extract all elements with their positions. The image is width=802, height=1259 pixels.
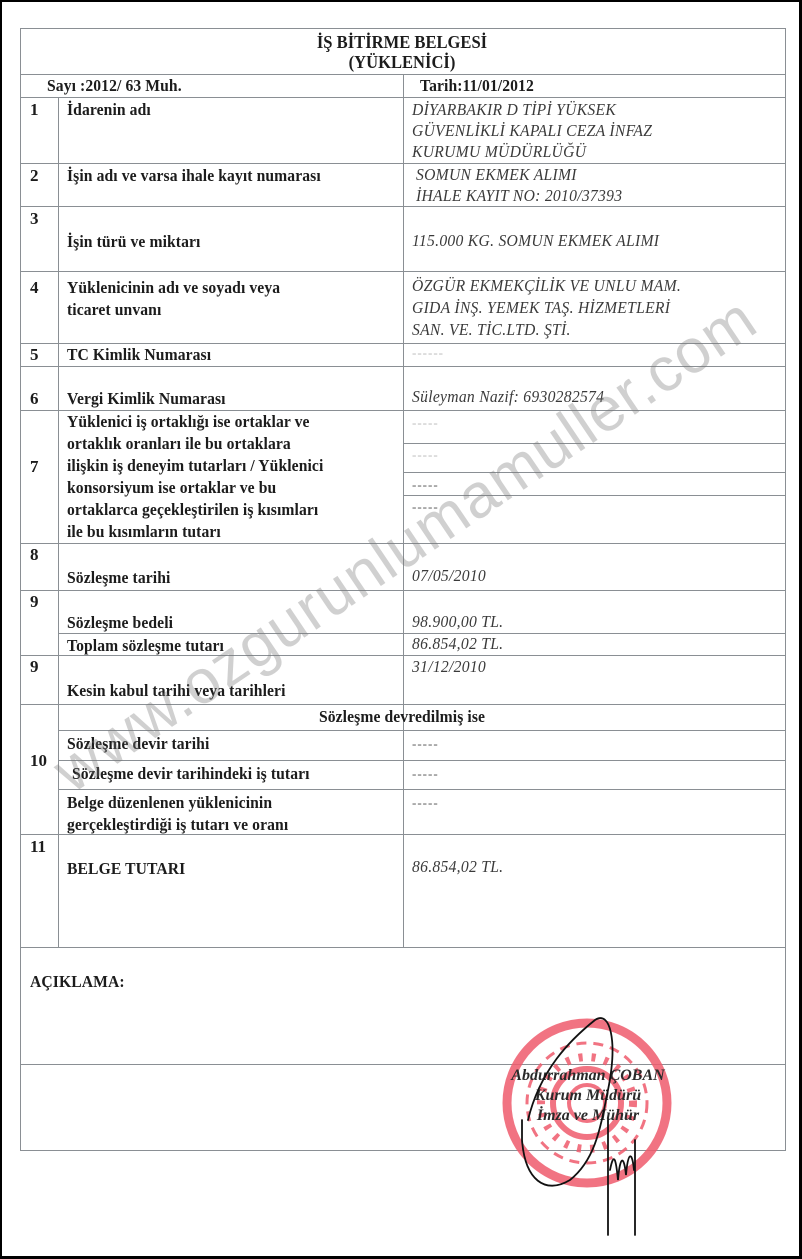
document-number: Sayı :2012/ 63 Muh. [47, 77, 182, 94]
row-value: ----- [412, 448, 439, 461]
row-label: İşin türü ve miktarı [67, 233, 200, 250]
row-value: 115.000 KG. SOMUN EKMEK ALIMI [412, 232, 659, 249]
row-number: 11 [30, 838, 46, 855]
row-number: 7 [30, 458, 39, 475]
row-value: ÖZGÜR EKMEKÇİLİK VE UNLU MAM. [412, 277, 681, 294]
aciklama-label: AÇIKLAMA: [30, 973, 125, 990]
row-number: 2 [30, 167, 39, 184]
row-label: ortaklık oranları ile bu ortaklara [67, 435, 291, 452]
signatory-name: Abdurrahman ÇOBAN [488, 1066, 688, 1086]
row-label: TC Kimlik Numarası [67, 346, 211, 363]
document-date: Tarih:11/01/2012 [420, 77, 534, 94]
row-number: 3 [30, 210, 39, 227]
row-label: Belge düzenlenen yüklenicinin [67, 794, 272, 811]
row-label: konsorsiyum ise ortaklar ve bu [67, 479, 276, 496]
row-label: ortaklarca geçekleştirilen iş kısımları [67, 501, 318, 518]
row-number: 10 [30, 752, 47, 769]
row-value: 07/05/2010 [412, 567, 486, 584]
row-label: Kesin kabul tarihi veya tarihleri [67, 682, 286, 699]
document-subtitle: (YÜKLENİCİ) [349, 53, 456, 71]
row-value: KURUMU MÜDÜRLÜĞÜ [412, 143, 586, 160]
row-label: Sözleşme tarihi [67, 569, 170, 586]
row-value: ------ [412, 346, 444, 359]
row-label: İşin adı ve varsa ihale kayıt numarası [67, 167, 321, 184]
row-number: 8 [30, 546, 39, 563]
row-value: ----- [412, 767, 439, 780]
row-value: DİYARBAKIR D TİPİ YÜKSEK [412, 101, 616, 118]
signature-note: İmza ve Mühür [488, 1106, 688, 1126]
row-value: ----- [412, 737, 439, 750]
document-title: İŞ BİTİRME BELGESİ [317, 33, 487, 51]
row-value: İHALE KAYIT NO: 2010/37393 [416, 187, 622, 204]
row-value: GIDA İNŞ. YEMEK TAŞ. HİZMETLERİ [412, 299, 670, 316]
row-value: ----- [412, 478, 439, 491]
row-value: 98.900,00 TL. [412, 613, 503, 630]
row-value: GÜVENLİKLİ KAPALI CEZA İNFAZ [412, 122, 652, 139]
row-value: 86.854,02 TL. [412, 635, 503, 652]
row-value: SOMUN EKMEK ALIMI [416, 166, 577, 183]
row-value: ----- [412, 500, 439, 513]
row-number: 5 [30, 346, 39, 363]
row-number: 1 [30, 101, 39, 118]
row-label: ticaret unvanı [67, 301, 161, 318]
section-title: Sözleşme devredilmiş ise [319, 708, 485, 725]
row-value: Süleyman Nazif: 6930282574 [412, 388, 604, 405]
row-label: Toplam sözleşme tutarı [67, 637, 224, 654]
row-label: gerçekleştirdiği iş tutarı ve oranı [67, 816, 288, 833]
row-number: 6 [30, 390, 39, 407]
row-label: Sözleşme bedeli [67, 614, 173, 631]
row-label: Yüklenicinin adı ve soyadı veya [67, 279, 280, 296]
row-label: İdarenin adı [67, 101, 151, 118]
row-label: Yüklenici iş ortaklığı ise ortaklar ve [67, 413, 310, 430]
row-number: 9 [30, 593, 39, 610]
row-label: BELGE TUTARI [67, 860, 185, 877]
row-value: SAN. VE. TİC.LTD. ŞTİ. [412, 321, 571, 338]
row-label: Vergi Kimlik Numarası [67, 390, 226, 407]
row-value: 86.854,02 TL. [412, 858, 503, 875]
row-label: Sözleşme devir tarihindeki iş tutarı [72, 765, 310, 782]
row-label: ilişkin iş deneyim tutarları / Yüklenici [67, 457, 323, 474]
row-number: 4 [30, 279, 39, 296]
row-value: ----- [412, 416, 439, 429]
row-label: Sözleşme devir tarihi [67, 735, 209, 752]
row-number: 9 [30, 658, 39, 675]
row-value: 31/12/2010 [412, 658, 486, 675]
signature-block: Abdurrahman ÇOBAN Kurum Müdürü İmza ve M… [488, 1066, 688, 1126]
row-value: ----- [412, 796, 439, 809]
row-label: ile bu kısımların tutarı [67, 523, 221, 540]
signatory-title: Kurum Müdürü [488, 1086, 688, 1106]
